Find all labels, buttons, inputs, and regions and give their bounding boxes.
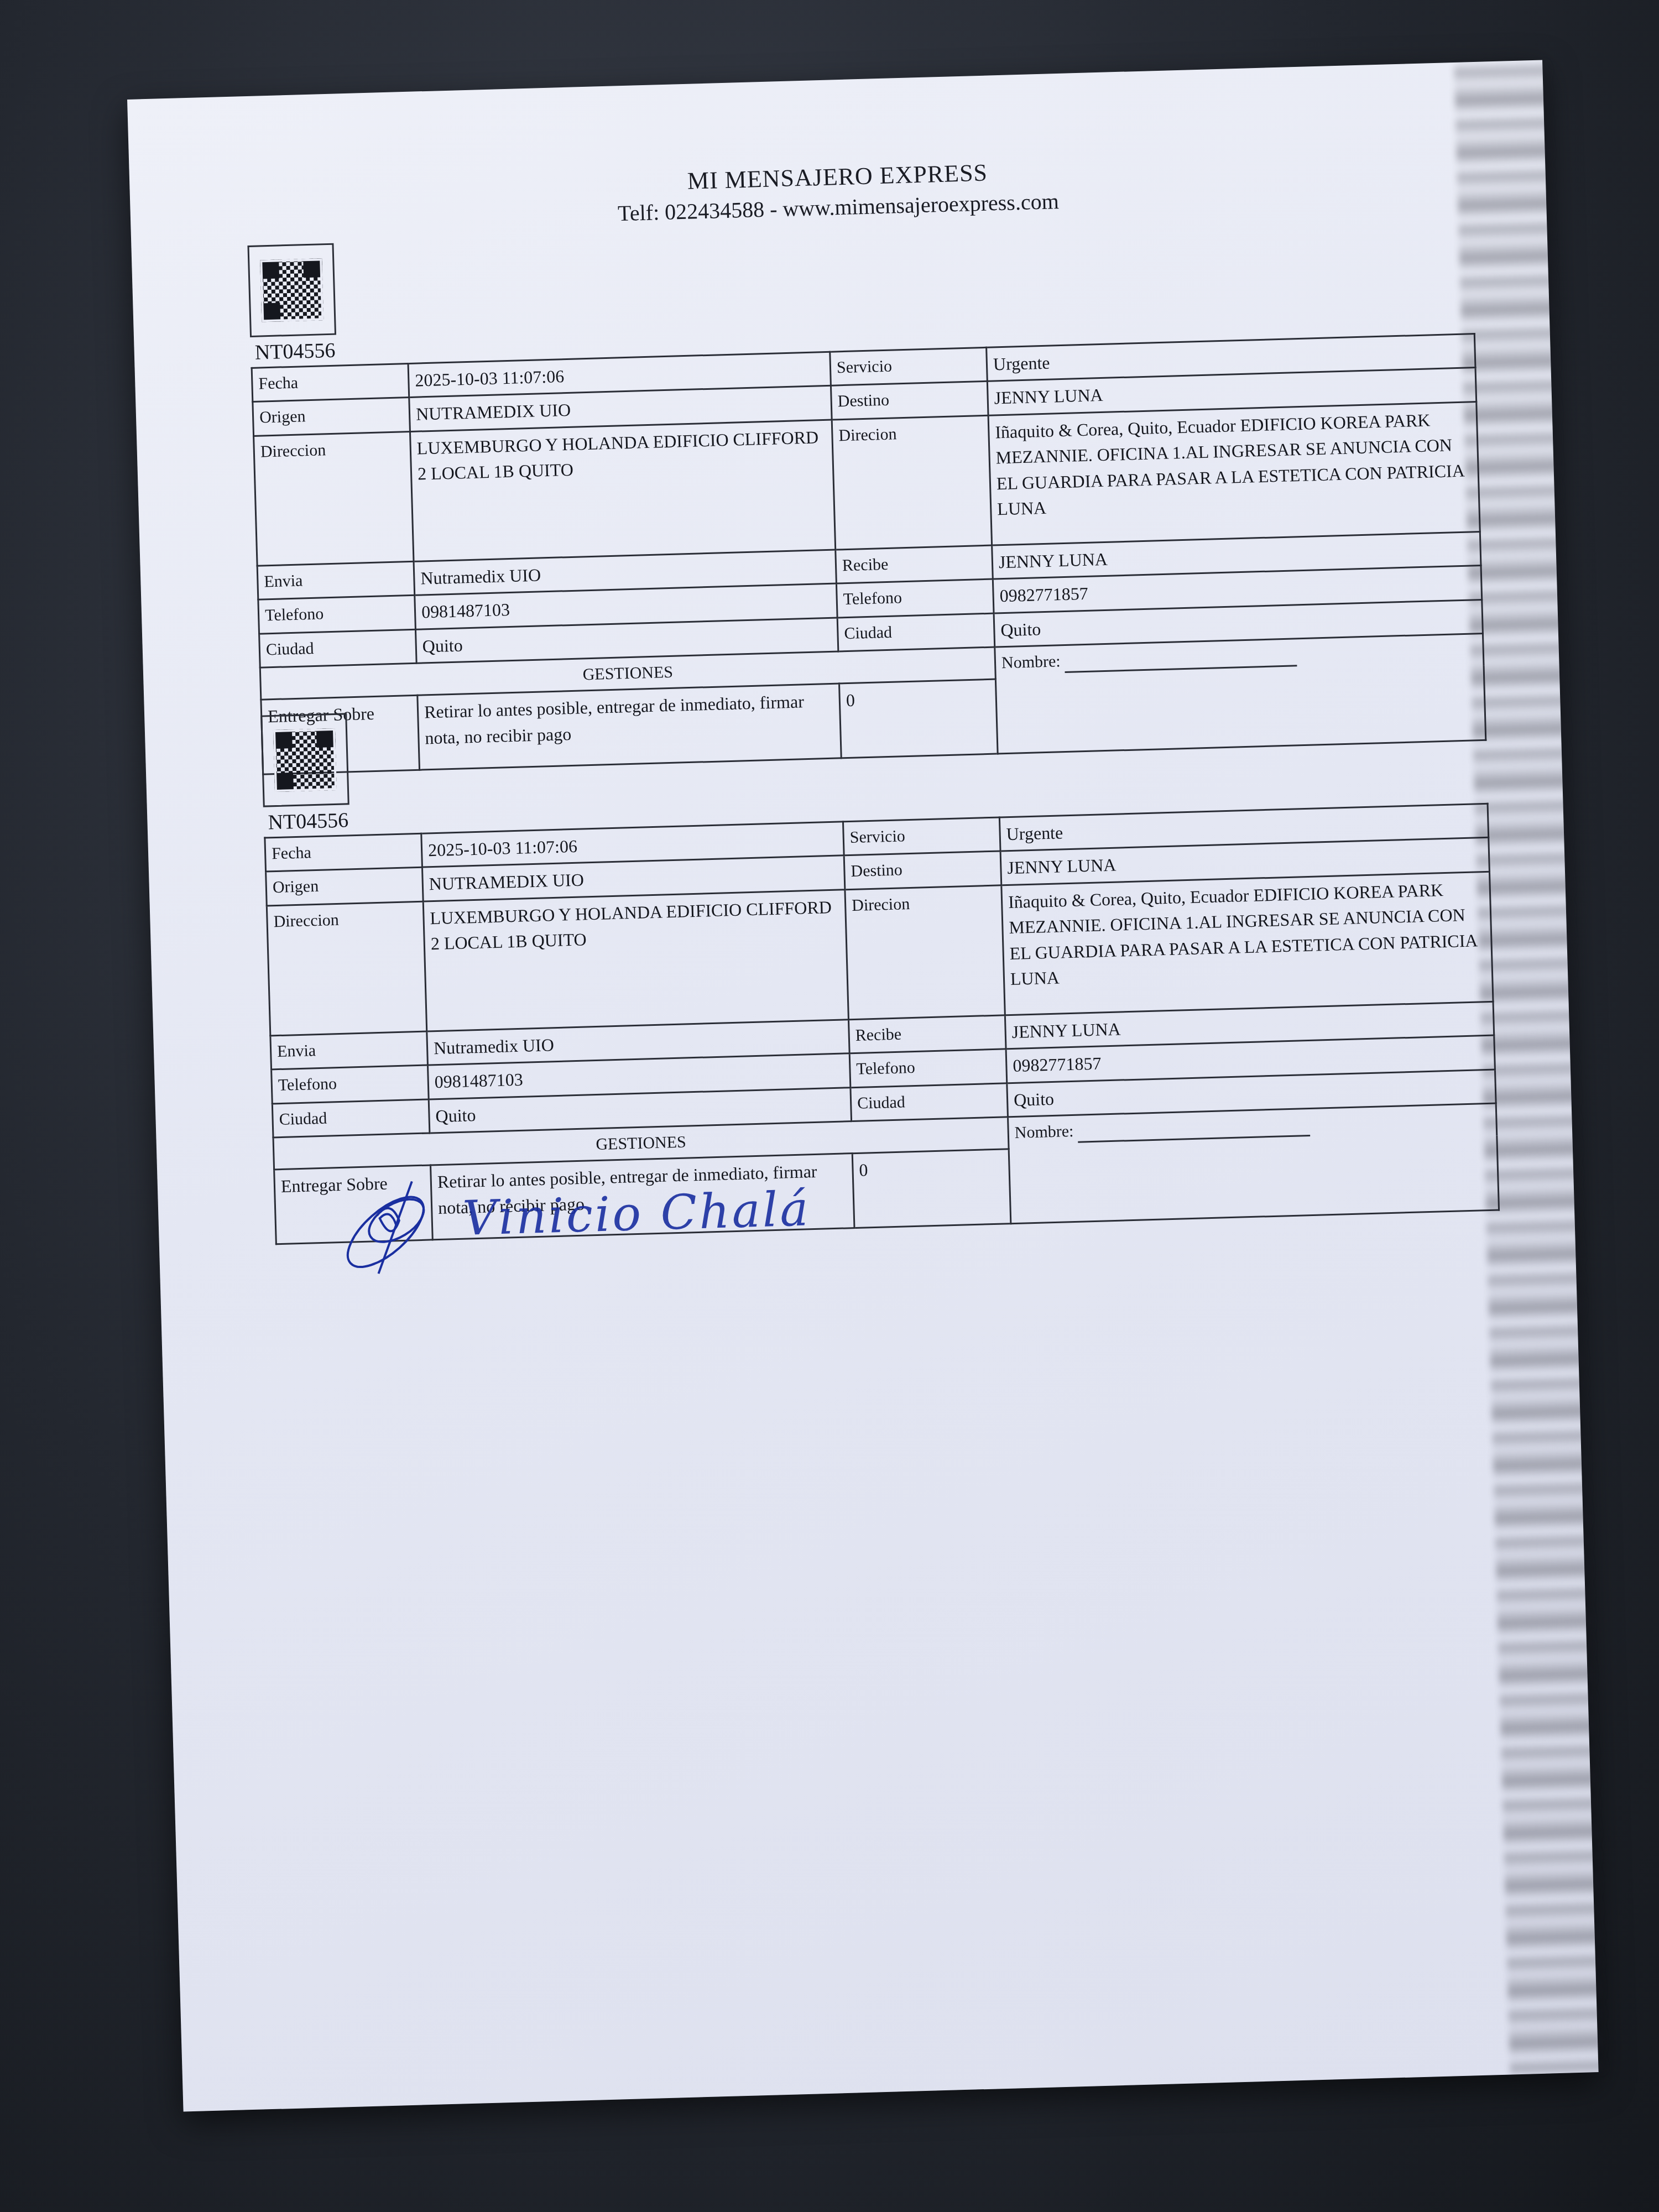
recibe-label: Recibe [848,1015,1006,1053]
nombre-blank-line [1078,1119,1311,1143]
direccion-label: Direccion [267,901,426,1036]
qr-code-icon [247,243,336,337]
servicio-label: Servicio [830,347,988,385]
recibe-label: Recibe [836,545,993,583]
sender-ciudad-label: Ciudad [259,629,417,667]
sender-telefono-label: Telefono [272,1065,429,1103]
fecha-label: Fecha [265,833,422,872]
handwritten-signature: Vinicio Chalá [323,1159,823,1284]
sender-telefono-label: Telefono [258,596,416,634]
qr-code-icon [260,713,349,807]
receiver-telefono-label: Telefono [849,1049,1007,1087]
direcion-label: Direcion [832,415,992,550]
origen-label: Origen [266,868,424,906]
task-quantity: 0 [852,1149,1011,1228]
sender-ciudad-label: Ciudad [272,1099,430,1138]
direcion-value: Iñaquito & Corea, Quito, Ecuador EDIFICI… [1001,872,1493,1015]
destino-label: Destino [844,851,1001,889]
envia-label: Envia [257,561,415,599]
delivery-slip: NT04556 Fecha 2025-10-03 11:07:06 Servic… [260,682,1458,1245]
nombre-field: Nombre: [1008,1103,1499,1224]
origen-label: Origen [253,398,410,436]
receiver-ciudad-label: Ciudad [851,1083,1008,1121]
receiver-telefono-label: Telefono [836,579,994,617]
signature-name: Vinicio Chalá [462,1181,811,1246]
nombre-label: Nombre: [1014,1122,1074,1142]
servicio-label: Servicio [843,817,1000,855]
receiver-ciudad-label: Ciudad [837,613,995,651]
direccion-value: LUXEMBURGO Y HOLANDA EDIFICIO CLIFFORD 2… [410,420,835,561]
direccion-value: LUXEMBURGO Y HOLANDA EDIFICIO CLIFFORD 2… [423,890,848,1031]
nombre-label: Nombre: [1001,652,1061,672]
fecha-label: Fecha [252,364,409,402]
delivery-document: MI MENSAJERO EXPRESS Telf: 022434588 - w… [127,60,1599,2112]
direccion-label: Direccion [254,431,414,566]
direcion-label: Direcion [845,885,1005,1020]
destino-label: Destino [831,382,988,420]
nombre-blank-line [1065,650,1297,674]
envia-label: Envia [270,1031,428,1070]
direcion-value: Iñaquito & Corea, Quito, Ecuador EDIFICI… [988,401,1480,545]
